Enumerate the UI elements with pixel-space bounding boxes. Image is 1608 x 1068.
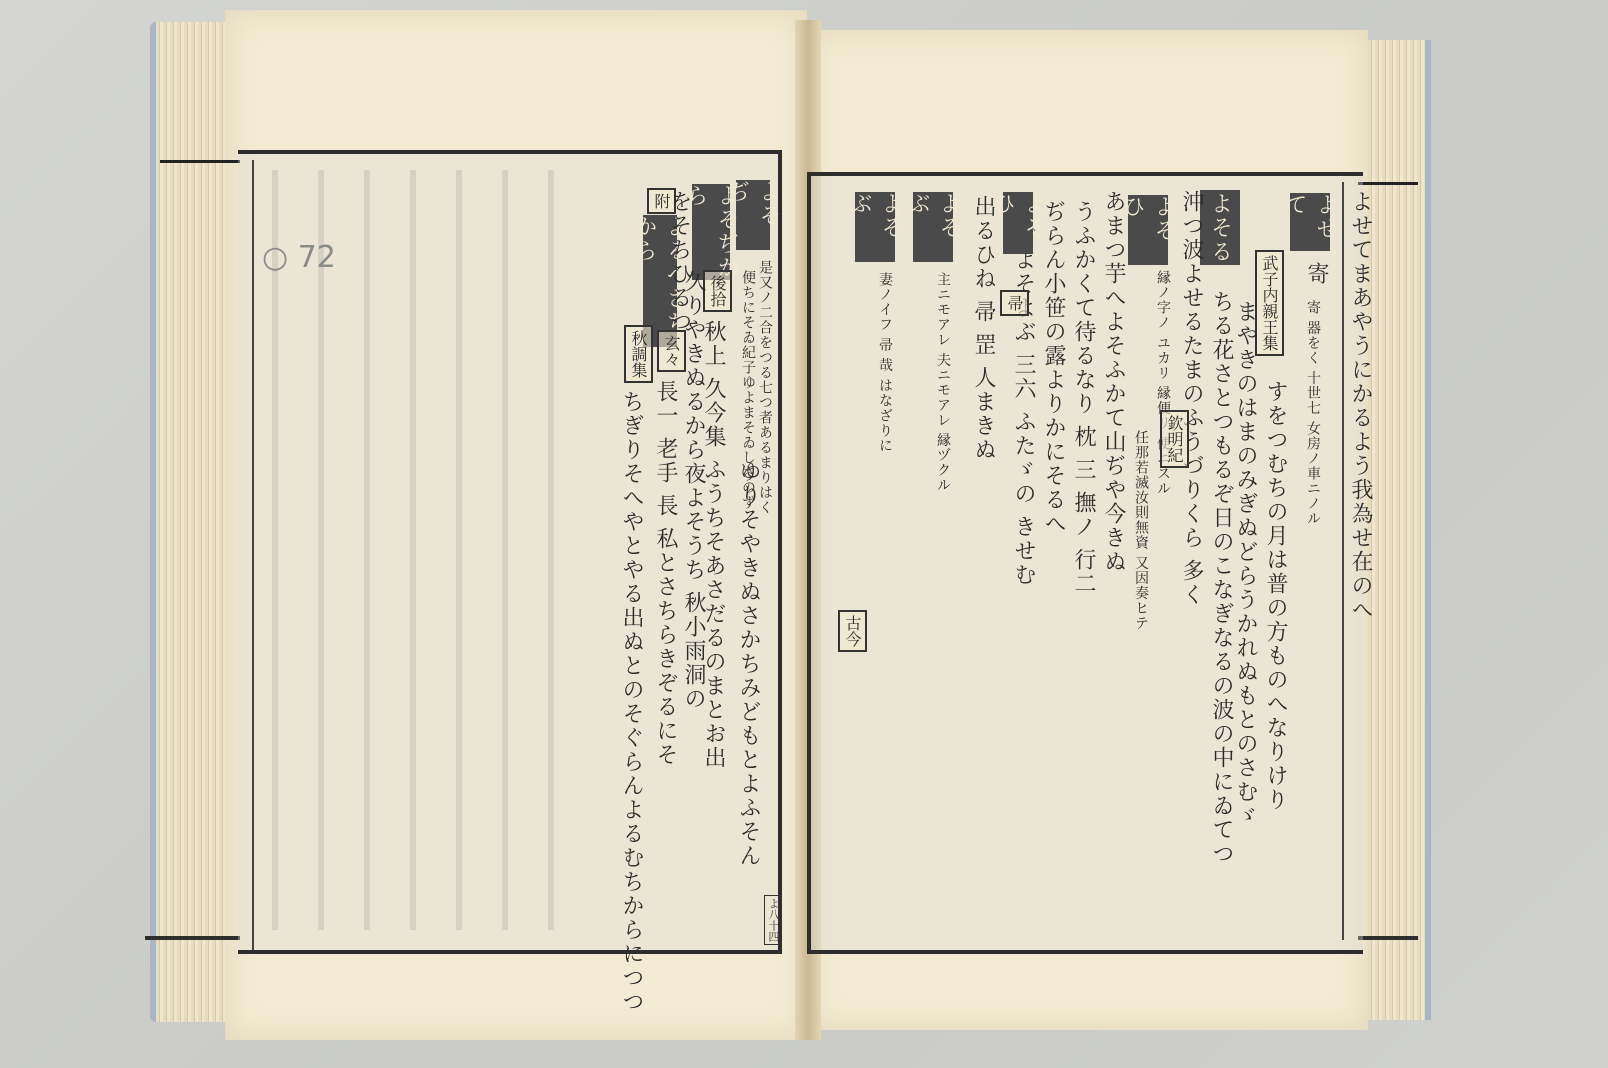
text-column: 沖つ波よせるたまのふうづりくら 多く	[1178, 190, 1204, 607]
show-through-text	[250, 170, 570, 930]
source-label: 帚	[1000, 290, 1029, 316]
source-label: 欽明紀	[1160, 410, 1189, 468]
headword: よそひ	[1003, 192, 1033, 254]
right-frame-inner-line	[1342, 182, 1344, 940]
text-column: らぞよそよぶ 三六 ふたゞの きせむ	[1010, 200, 1036, 587]
text-column: 長一 老手 長 私とさちらきぞるにそ	[652, 380, 678, 767]
text-column: 出るひね 帚 罡 人まきぬ	[970, 195, 996, 462]
text-column: よせてまあやうにかるよう我為せ在のへ	[1347, 190, 1373, 622]
pencil-note: ○ 72	[262, 240, 336, 275]
text-column: ゆりそやきぬさかちみどもとよふそん	[735, 460, 761, 868]
text-column: ちぎりそへやとやる出ぬとのそぐらんよるむちからにつつ	[618, 390, 644, 1014]
text-column: 寄 器をく 十世七 女房ノ車ニノル	[1300, 300, 1326, 526]
text-column: 主ニモアレ 夫ニモアレ 縁ヅクル	[930, 272, 956, 493]
source-label: 武子内親王集	[1255, 250, 1284, 356]
source-label: 後拾	[703, 270, 732, 312]
text-column: あまつ芋へよそふかて山ぢや今きぬ	[1100, 190, 1126, 574]
text-column: 妻ノイフ 帚 哉 はなざりに	[872, 272, 898, 453]
headword-kanji: 寄	[1303, 262, 1329, 286]
headword: よそぶ	[913, 192, 953, 262]
folio-mark: よ八十四	[764, 895, 782, 945]
headword: よそる	[1200, 190, 1240, 265]
text-column: すをつむちの月は普の方ものへなりけり	[1262, 380, 1288, 812]
headword: よそぶ	[855, 192, 895, 262]
text-column: うふかくて待るなり 枕 三 撫ノ 行二	[1070, 200, 1096, 596]
source-label: 玄々	[657, 330, 686, 372]
headword: よそぢから	[692, 184, 730, 280]
text-column: まやきのはまのみぎぬどらうかれぬもとのさむゞ	[1232, 300, 1258, 828]
text-column: 任那若滅汝則無資 又因奏ヒテ	[1128, 430, 1154, 630]
bottom-rule-right	[1358, 936, 1418, 940]
text-column: をそちひるつ	[666, 190, 692, 334]
top-rule-right	[1358, 168, 1418, 185]
top-rule-left	[160, 146, 240, 163]
text-column: ちる花さとつもるぞ日のこなぎなるの波の中にゐてつ	[1208, 290, 1234, 866]
source-label: 秋調集	[624, 325, 653, 383]
headword: よそひ	[1128, 195, 1168, 265]
bottom-rule-left	[145, 936, 240, 940]
page-edges-left	[150, 22, 236, 1022]
headword: よせて	[1290, 193, 1330, 251]
source-label: 古今	[838, 610, 867, 652]
